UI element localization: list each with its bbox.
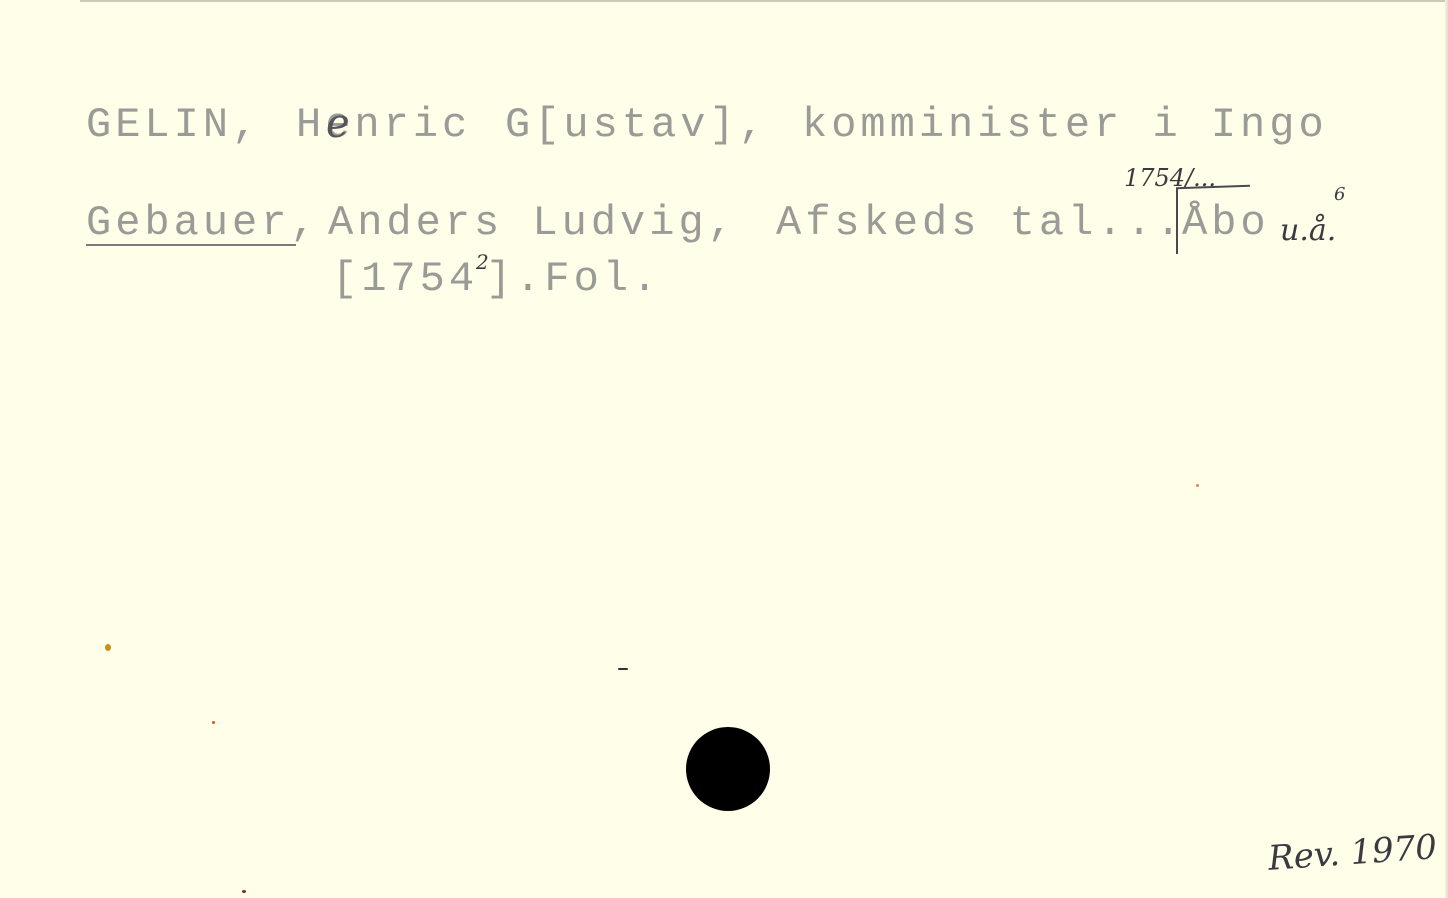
entry-hand-superscript: 6: [1334, 186, 1345, 204]
speck: [212, 721, 215, 724]
heading-given-name: Henric: [296, 104, 471, 146]
speck: [242, 890, 246, 893]
entry-author-given: Anders Ludvig,: [328, 202, 737, 244]
entry-hand-abbrev: u.å.: [1280, 216, 1336, 246]
heading-hand-correction: e: [326, 104, 350, 144]
card-top-edge: [80, 0, 1448, 2]
speck: [105, 644, 111, 651]
heading-middle-name: G[ustav],: [505, 104, 768, 146]
entry-title: Afskeds tal...: [776, 202, 1185, 244]
revision-note: Rev. 1970: [1267, 830, 1438, 876]
entry-author-surname: Gebauer,: [86, 202, 320, 244]
catalog-card: GELIN, Henric e G[ustav], komminister i …: [0, 0, 1448, 898]
heading-title: komminister i Ingo: [802, 104, 1328, 146]
speck: [618, 668, 628, 670]
author-underline: [86, 244, 296, 246]
entry-year: [1754: [332, 258, 478, 300]
hand-bracket-stem: [1176, 188, 1178, 254]
heading-surname: GELIN,: [86, 104, 261, 146]
entry-place: Åbo: [1182, 202, 1270, 244]
entry-format: ].Fol.: [486, 258, 661, 300]
speck: [1196, 484, 1199, 487]
punch-hole: [686, 727, 770, 811]
